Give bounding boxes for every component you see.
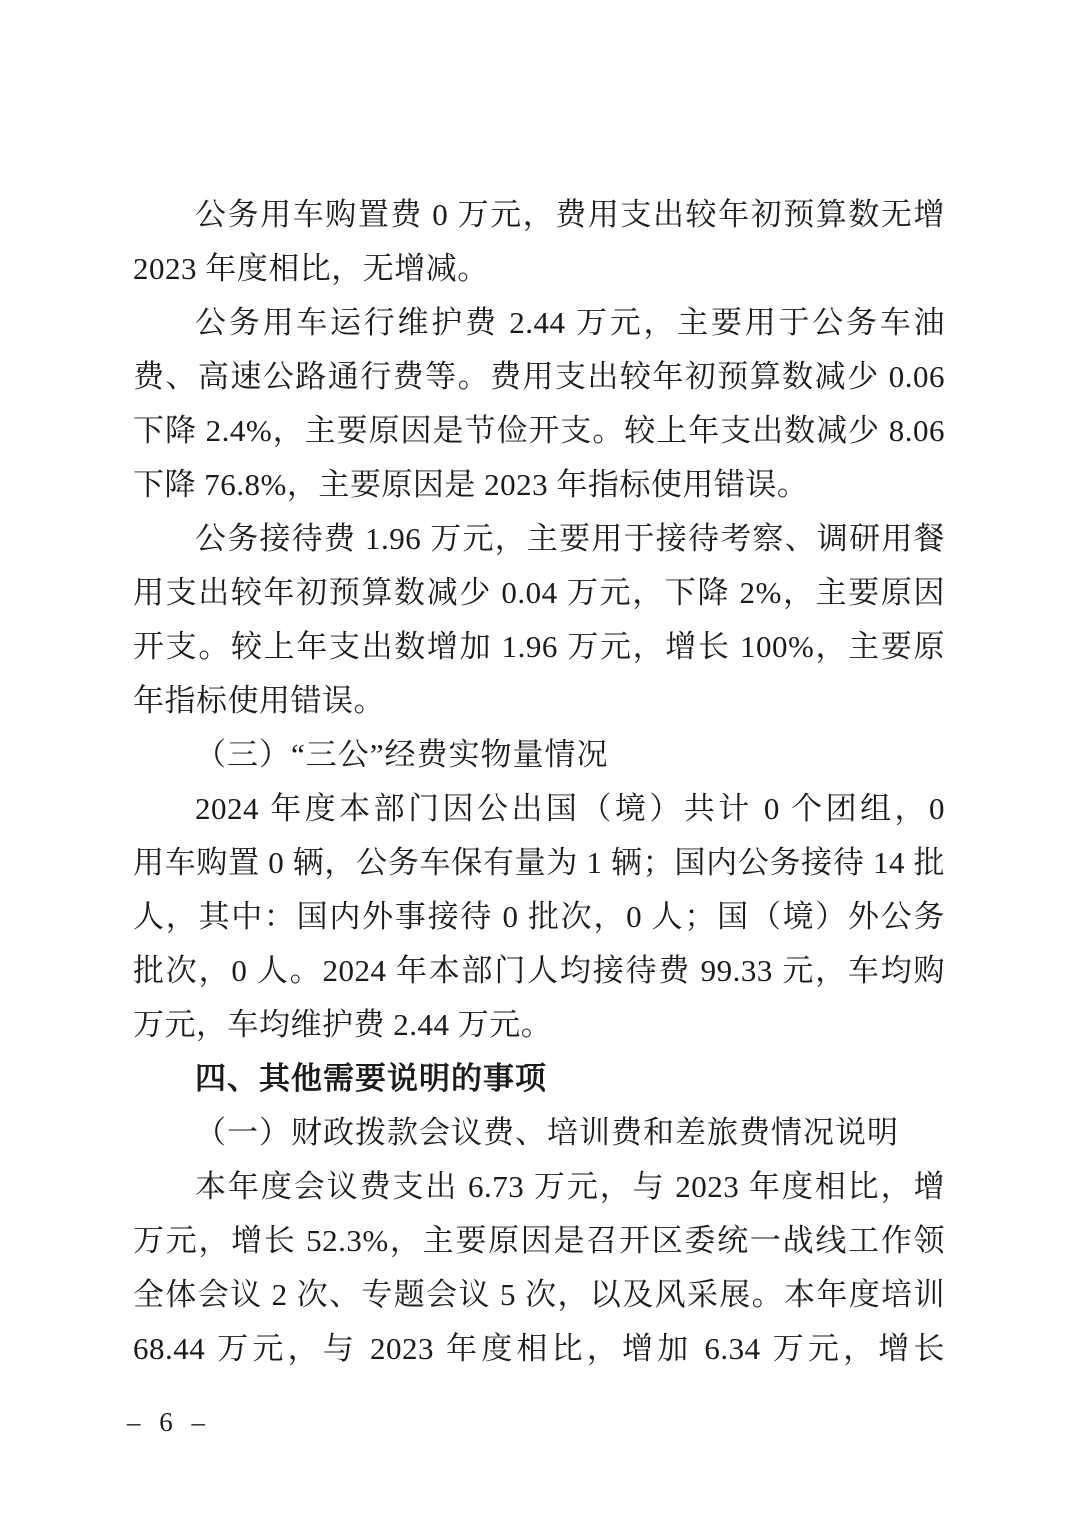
body-line: 2023 年度相比，无增减。 [133, 242, 945, 296]
body-line: 人，其中：国内外事接待 0 批次，0 人；国（境）外公务接待 0 [133, 890, 945, 944]
body-line: 2024 年度本部门因公出国（境）共计 0 个团组，0 人；公务 [133, 782, 945, 836]
body-line: 全体会议 2 次、专题会议 5 次，以及风采展。本年度培训费支出 [133, 1268, 945, 1322]
body-line: 费、高速公路通行费等。费用支出较年初预算数减少 0.06 万元， [133, 350, 945, 404]
body-line: 万元，增长 52.3%，主要原因是召开区委统一战线工作领导小组 [133, 1214, 945, 1268]
document-body: 公务用车购置费 0 万元，费用支出较年初预算数无增减，与 2023 年度相比，无… [133, 188, 945, 1376]
body-line: 本年度会议费支出 6.73 万元，与 2023 年度相比，增加 2.31 [133, 1160, 945, 1214]
body-line: 年指标使用错误。 [133, 674, 945, 728]
subsection-heading-three-public-physical: （三）“三公”经费实物量情况 [133, 728, 945, 782]
section-heading-other-items: 四、其他需要说明的事项 [133, 1052, 945, 1106]
document-page: 公务用车购置费 0 万元，费用支出较年初预算数无增减，与 2023 年度相比，无… [0, 0, 1075, 1520]
body-line: 下降 76.8%，主要原因是 2023 年指标使用错误。 [133, 458, 945, 512]
body-line: 公务用车购置费 0 万元，费用支出较年初预算数无增减，与 [133, 188, 945, 242]
body-line: 批次，0 人。2024 年本部门人均接待费 99.33 元，车均购置费 0 [133, 944, 945, 998]
body-line: 用车购置 0 辆，公务车保有量为 1 辆；国内公务接待 14 批次 197 [133, 836, 945, 890]
body-line: 公务接待费 1.96 万元，主要用于接待考察、调研用餐等。费 [133, 512, 945, 566]
body-line: 下降 2.4%，主要原因是节俭开支。较上年支出数减少 8.06 万元， [133, 404, 945, 458]
body-line: 万元，车均维护费 2.44 万元。 [133, 998, 945, 1052]
body-line: 68.44 万元，与 2023 年度相比，增加 6.34 万元，增长 10.2%… [133, 1322, 945, 1376]
subsection-heading-fiscal-fees: （一）财政拨款会议费、培训费和差旅费情况说明 [133, 1106, 945, 1160]
body-line: 公务用车运行维护费 2.44 万元，主要用于公务车油费、维修 [133, 296, 945, 350]
body-line: 用支出较年初预算数减少 0.04 万元，下降 2%，主要原因是节俭 [133, 566, 945, 620]
page-number: – 6 – [127, 1398, 211, 1446]
body-line: 开支。较上年支出数增加 1.96 万元，增长 100%，主要原因是 2023 [133, 620, 945, 674]
